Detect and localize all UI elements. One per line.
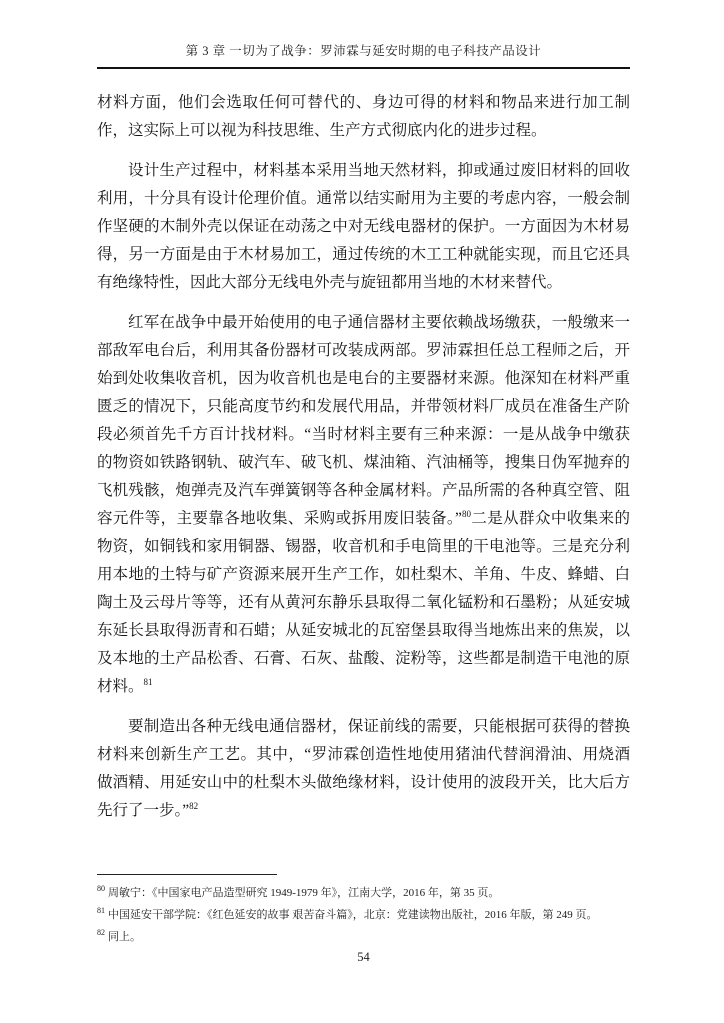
footnote-separator: [97, 874, 277, 875]
page-number: 54: [97, 950, 630, 965]
footnote-82: 82同上。: [97, 926, 630, 948]
footnote-81: 81中国延安干部学院：《红色延安的故事 艰苦奋斗篇》，北京：党建读物出版社，20…: [97, 904, 630, 926]
footnote-text: 同上。: [108, 931, 141, 943]
chapter-header-title: 第 3 章 一切为了战争：罗沛霖与延安时期的电子科技产品设计: [186, 44, 542, 58]
paragraph-text: 设计生产过程中，材料基本采用当地天然材料，抑或通过废旧材料的回收利用，十分具有设…: [97, 162, 630, 291]
paragraph-continuation: 材料方面，他们会选取任何可替代的、身边可得的材料和物品来进行加工制作，这实际上可…: [97, 89, 630, 145]
paragraph-text: 红军在战争中最开始使用的电子通信器材主要依赖战场缴获，一般缴来一部敌军电台后，利…: [97, 314, 630, 527]
paragraph-text: 要制造出各种无线电通信器材，保证前线的需要，只能根据可获得的替换材料来创新生产工…: [97, 718, 630, 819]
page-footer: 80周敏宁：《中国家电产品造型研究 1949-1979 年》，江南大学，2016…: [97, 874, 630, 1023]
paragraph-text: 材料方面，他们会选取任何可替代的、身边可得的材料和物品来进行加工制作，这实际上可…: [97, 94, 630, 139]
paragraph-material-sources: 红军在战争中最开始使用的电子通信器材主要依赖战场缴获，一般缴来一部敌军电台后，利…: [97, 309, 630, 701]
document-page: 第 3 章 一切为了战争：罗沛霖与延安时期的电子科技产品设计 材料方面，他们会选…: [0, 0, 724, 1023]
footnote-ref-82: 82: [189, 801, 198, 811]
paragraph-text: 二是从群众中收集来的物资，如铜钱和家用铜器、锡器，收音机和手电筒里的干电池等。三…: [97, 510, 630, 695]
paragraph-process-innovation: 要制造出各种无线电通信器材，保证前线的需要，只能根据可获得的替换材料来创新生产工…: [97, 713, 630, 825]
footnote-marker-81: 81: [97, 906, 105, 915]
running-header: 第 3 章 一切为了战争：罗沛霖与延安时期的电子科技产品设计: [97, 42, 630, 69]
footnote-text: 中国延安干部学院：《红色延安的故事 艰苦奋斗篇》，北京：党建读物出版社，2016…: [108, 909, 598, 921]
footnote-marker-82: 82: [97, 928, 105, 937]
footnote-marker-80: 80: [97, 884, 105, 893]
footnote-text: 周敏宁：《中国家电产品造型研究 1949-1979 年》，江南大学，2016 年…: [108, 887, 499, 899]
body-content: 材料方面，他们会选取任何可替代的、身边可得的材料和物品来进行加工制作，这实际上可…: [97, 89, 630, 825]
footnote-ref-80: 80: [462, 509, 471, 519]
paragraph-materials-ethics: 设计生产过程中，材料基本采用当地天然材料，抑或通过废旧材料的回收利用，十分具有设…: [97, 157, 630, 297]
footnote-80: 80周敏宁：《中国家电产品造型研究 1949-1979 年》，江南大学，2016…: [97, 882, 630, 904]
footnote-ref-81: 81: [144, 677, 153, 687]
